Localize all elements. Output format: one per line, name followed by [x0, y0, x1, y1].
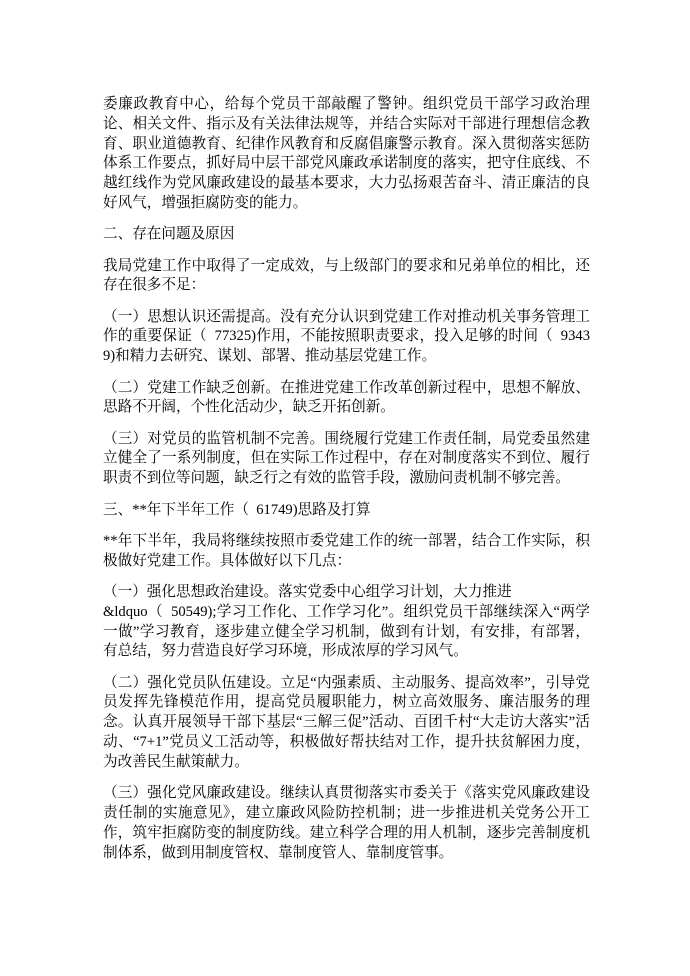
doc-paragraph: **年下半年，我局将继续按照市委党建工作的统一部署，结合工作实际，积极做好党建工… — [103, 532, 590, 572]
section-heading: 三、**年下半年工作（ 61749)思路及打算 — [103, 501, 590, 521]
doc-paragraph: 委廉政教育中心，给每个党员干部敲醒了警钟。组织党员干部学习政治理论、相关文件、指… — [103, 95, 590, 214]
doc-paragraph: 我局党建工作中取得了一定成效，与上级部门的要求和兄弟单位的相比，还存在很多不足： — [103, 257, 590, 297]
doc-paragraph: （一）强化思想政治建设。落实党委中心组学习计划，大力推进 &ldquo（ 505… — [103, 583, 590, 662]
section-heading: 二、存在问题及原因 — [103, 225, 590, 245]
doc-paragraph: （一）思想认识还需提高。没有充分认识到党建工作对推动机关事务管理工作的重要保证（… — [103, 308, 590, 367]
doc-paragraph: （三）强化党风廉政建设。继续认真贯彻落实市委关于《落实党风廉政建设责任制的实施意… — [103, 784, 590, 863]
document-page: 委廉政教育中心，给每个党员干部敲醒了警钟。组织党员干部学习政治理论、相关文件、指… — [0, 0, 690, 976]
document-body: 委廉政教育中心，给每个党员干部敲醒了警钟。组织党员干部学习政治理论、相关文件、指… — [103, 95, 590, 875]
doc-paragraph: （二）强化党员队伍建设。立足“内强素质、主动服务、提高效率”，引导党员发挥先锋模… — [103, 674, 590, 773]
doc-paragraph: （三）对党员的监管机制不完善。围绕履行党建工作责任制，局党委虽然建立健全了一系列… — [103, 430, 590, 489]
doc-paragraph: （二）党建工作缺乏创新。在推进党建工作改革创新过程中，思想不解放、思路不开阔，个… — [103, 379, 590, 419]
